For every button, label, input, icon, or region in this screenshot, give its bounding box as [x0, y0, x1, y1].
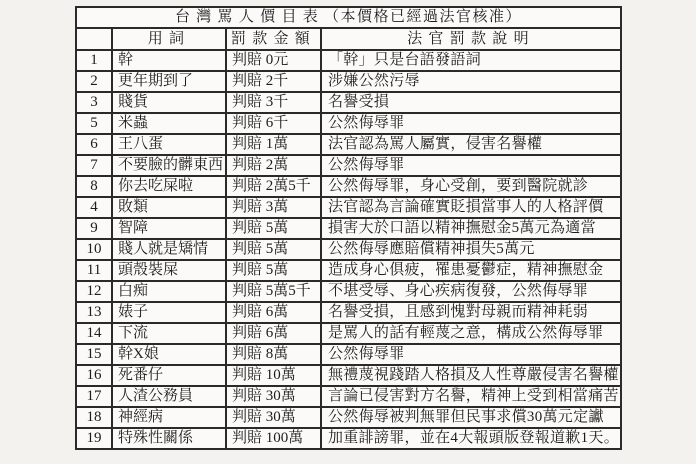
insult-term-cell: 米蟲 — [112, 113, 226, 134]
judge-note-cell: 言論已侵害對方名譽，精神上受到相當痛苦 — [321, 386, 621, 407]
fine-amount-cell: 判賠 6千 — [226, 113, 321, 134]
insult-term-cell: 不要臉的髒東西 — [112, 155, 226, 176]
table-title: 台灣罵人價目表（本價格已經過法官核准） — [76, 7, 621, 28]
table-row: 18 神經病 判賠 30萬 公然侮辱被判無罪但民事求償30萬元定讞 — [76, 407, 621, 428]
fine-amount-cell: 判賠 2萬 — [226, 155, 321, 176]
judge-note-cell: 是罵人的話有輕蔑之意，構成公然侮辱罪 — [321, 323, 621, 344]
fine-amount-cell: 判賠 6萬 — [226, 323, 321, 344]
row-number-cell: 3 — [76, 92, 112, 113]
row-number-cell: 17 — [76, 386, 112, 407]
insult-term-cell: 幹 — [112, 50, 226, 71]
judge-note-cell: 公然侮辱應賠償精神損失5萬元 — [321, 239, 621, 260]
insult-term-cell: 白痴 — [112, 281, 226, 302]
judge-note-cell: 公然侮辱罪 — [321, 155, 621, 176]
insult-term-cell: 智障 — [112, 218, 226, 239]
row-number-cell: 19 — [76, 428, 112, 449]
insult-term-cell: 人渣公務員 — [112, 386, 226, 407]
judge-note-cell: 名譽受損 — [321, 92, 621, 113]
table-row: 13 婊子 判賠 6萬 名譽受損，且感到愧對母親而精神耗弱 — [76, 302, 621, 323]
row-number-cell: 2 — [76, 71, 112, 92]
row-number-cell: 5 — [76, 113, 112, 134]
judge-note-cell: 名譽受損，且感到愧對母親而精神耗弱 — [321, 302, 621, 323]
fine-amount-cell: 判賠 5萬 — [226, 218, 321, 239]
judge-note-cell: 涉嫌公然污辱 — [321, 71, 621, 92]
fine-amount-cell: 判賠 2千 — [226, 71, 321, 92]
title-row: 台灣罵人價目表（本價格已經過法官核准） — [76, 7, 621, 28]
insult-term-cell: 死番仔 — [112, 365, 226, 386]
insult-term-cell: 下流 — [112, 323, 226, 344]
row-number-cell: 11 — [76, 260, 112, 281]
table-title-parenthetical: （本價格已經過法官核准） — [324, 9, 522, 25]
insult-term-cell: 賤人就是矯情 — [112, 239, 226, 260]
fine-amount-cell: 判賠 1萬 — [226, 134, 321, 155]
insult-term-cell: 婊子 — [112, 302, 226, 323]
judge-note-cell: 公然侮辱被判無罪但民事求償30萬元定讞 — [321, 407, 621, 428]
table-title-main: 台灣罵人價目表 — [175, 9, 324, 25]
fine-amount-cell: 判賠 3萬 — [226, 197, 321, 218]
fine-amount-cell: 判賠 10萬 — [226, 365, 321, 386]
table-row: 8 你去吃屎啦 判賠 2萬5千 公然侮辱罪，身心受創，要到醫院就診 — [76, 176, 621, 197]
fine-amount-cell: 判賠 5萬5千 — [226, 281, 321, 302]
judge-note-cell: 公然侮辱罪 — [321, 344, 621, 365]
judge-note-cell: 公然侮辱罪 — [321, 113, 621, 134]
fine-amount-cell: 判賠 8萬 — [226, 344, 321, 365]
table-row: 10 賤人就是矯情 判賠 5萬 公然侮辱應賠償精神損失5萬元 — [76, 239, 621, 260]
row-number-cell: 8 — [76, 176, 112, 197]
fine-amount-cell: 判賠 3千 — [226, 92, 321, 113]
column-header-note: 法官罰款說明 — [321, 28, 621, 50]
table-row: 5 米蟲 判賠 6千 公然侮辱罪 — [76, 113, 621, 134]
row-number-cell: 12 — [76, 281, 112, 302]
fine-amount-cell: 判賠 2萬5千 — [226, 176, 321, 197]
judge-note-cell: 法官認為言論確實貶損當事人的人格評價 — [321, 197, 621, 218]
row-number-cell: 14 — [76, 323, 112, 344]
row-number-cell: 4 — [76, 197, 112, 218]
judge-note-cell: 造成身心俱疲，罹患憂鬱症，精神撫慰金 — [321, 260, 621, 281]
fine-amount-cell: 判賠 0元 — [226, 50, 321, 71]
fine-amount-cell: 判賠 100萬 — [226, 428, 321, 449]
judge-note-cell: 「幹」只是台語發語詞 — [321, 50, 621, 71]
row-number-cell: 7 — [76, 155, 112, 176]
fine-amount-cell: 判賠 5萬 — [226, 260, 321, 281]
column-header-row: 用詞 罰款金額 法官罰款說明 — [76, 28, 621, 50]
insult-term-cell: 頭殼裝屎 — [112, 260, 226, 281]
insult-term-cell: 更年期到了 — [112, 71, 226, 92]
insult-term-cell: 神經病 — [112, 407, 226, 428]
table-row: 4 敗類 判賠 3萬 法官認為言論確實貶損當事人的人格評價 — [76, 197, 621, 218]
row-number-cell: 1 — [76, 50, 112, 71]
row-number-cell: 13 — [76, 302, 112, 323]
insult-term-cell: 賤貨 — [112, 92, 226, 113]
insult-term-cell: 你去吃屎啦 — [112, 176, 226, 197]
insult-term-cell: 王八蛋 — [112, 134, 226, 155]
row-number-cell: 10 — [76, 239, 112, 260]
row-number-cell: 15 — [76, 344, 112, 365]
table-row: 2 更年期到了 判賠 2千 涉嫌公然污辱 — [76, 71, 621, 92]
judge-note-cell: 加重誹謗罪，並在4大報頭版登報道歉1天。 — [321, 428, 621, 449]
row-number-cell: 18 — [76, 407, 112, 428]
fine-amount-cell: 判賠 6萬 — [226, 302, 321, 323]
table-row: 17 人渣公務員 判賠 30萬 言論已侵害對方名譽，精神上受到相當痛苦 — [76, 386, 621, 407]
insult-price-table: 台灣罵人價目表（本價格已經過法官核准） 用詞 罰款金額 法官罰款說明 1 幹 判… — [75, 6, 622, 450]
judge-note-cell: 法官認為罵人屬實，侵害名譽權 — [321, 134, 621, 155]
judge-note-cell: 不堪受辱、身心疾病復發，公然侮辱罪 — [321, 281, 621, 302]
insult-term-cell: 幹X娘 — [112, 344, 226, 365]
row-number-cell: 6 — [76, 134, 112, 155]
judge-note-cell: 公然侮辱罪，身心受創，要到醫院就診 — [321, 176, 621, 197]
insult-term-cell: 特殊性關係 — [112, 428, 226, 449]
table-row: 12 白痴 判賠 5萬5千 不堪受辱、身心疾病復發，公然侮辱罪 — [76, 281, 621, 302]
table-row: 7 不要臉的髒東西 判賠 2萬 公然侮辱罪 — [76, 155, 621, 176]
judge-note-cell: 損害大於口語以精神撫慰金5萬元為適當 — [321, 218, 621, 239]
column-header-term: 用詞 — [112, 28, 226, 50]
table-row: 9 智障 判賠 5萬 損害大於口語以精神撫慰金5萬元為適當 — [76, 218, 621, 239]
scanned-page: 台灣罵人價目表（本價格已經過法官核准） 用詞 罰款金額 法官罰款說明 1 幹 判… — [0, 0, 696, 464]
fine-amount-cell: 判賠 30萬 — [226, 386, 321, 407]
table-body: 1 幹 判賠 0元 「幹」只是台語發語詞 2 更年期到了 判賠 2千 涉嫌公然污… — [76, 50, 621, 449]
table-row: 14 下流 判賠 6萬 是罵人的話有輕蔑之意，構成公然侮辱罪 — [76, 323, 621, 344]
table-row: 15 幹X娘 判賠 8萬 公然侮辱罪 — [76, 344, 621, 365]
row-number-cell: 16 — [76, 365, 112, 386]
table-row: 1 幹 判賠 0元 「幹」只是台語發語詞 — [76, 50, 621, 71]
row-number-cell: 9 — [76, 218, 112, 239]
fine-amount-cell: 判賠 5萬 — [226, 239, 321, 260]
judge-note-cell: 無禮蔑視踐踏人格損及人性尊嚴侵害名譽權 — [321, 365, 621, 386]
table-row: 6 王八蛋 判賠 1萬 法官認為罵人屬實，侵害名譽權 — [76, 134, 621, 155]
table-row: 19 特殊性關係 判賠 100萬 加重誹謗罪，並在4大報頭版登報道歉1天。 — [76, 428, 621, 449]
table-row: 16 死番仔 判賠 10萬 無禮蔑視踐踏人格損及人性尊嚴侵害名譽權 — [76, 365, 621, 386]
column-header-fine: 罰款金額 — [226, 28, 321, 50]
table-row: 11 頭殼裝屎 判賠 5萬 造成身心俱疲，罹患憂鬱症，精神撫慰金 — [76, 260, 621, 281]
table-row: 3 賤貨 判賠 3千 名譽受損 — [76, 92, 621, 113]
fine-amount-cell: 判賠 30萬 — [226, 407, 321, 428]
column-header-number — [76, 28, 112, 50]
insult-term-cell: 敗類 — [112, 197, 226, 218]
